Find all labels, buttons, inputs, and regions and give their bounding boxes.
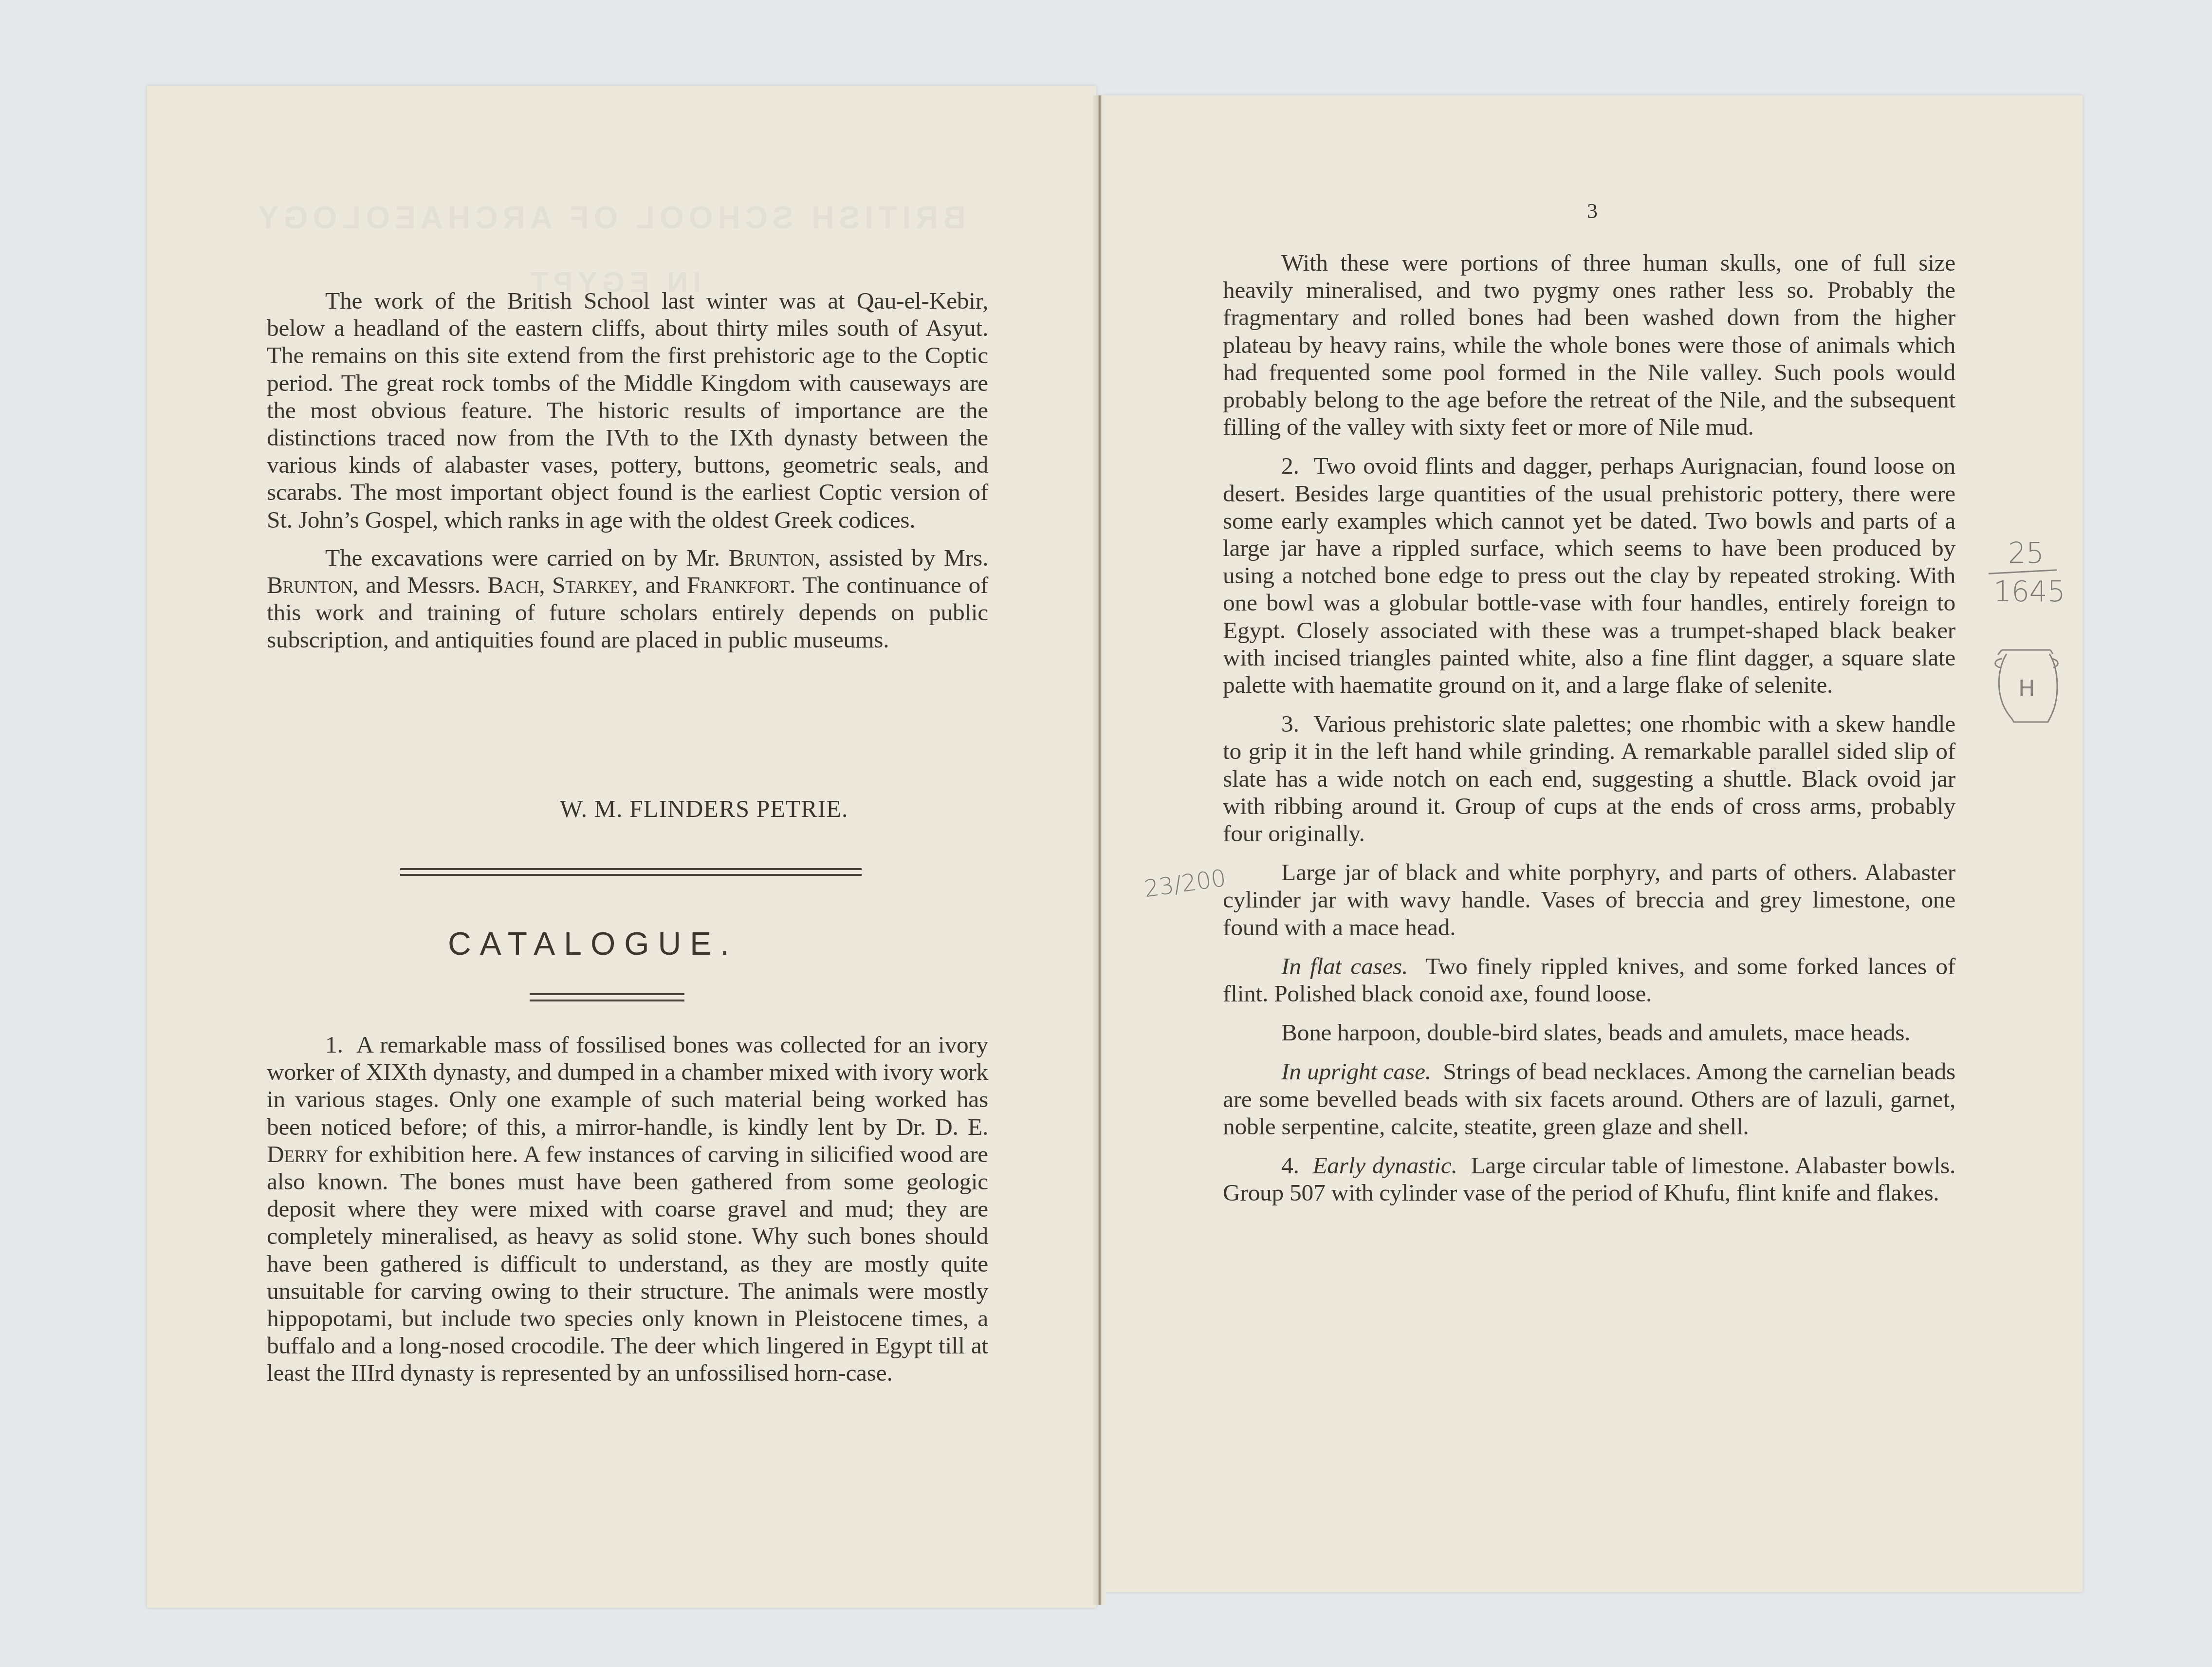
text: Various prehistoric slate palettes; one … [1223,710,1955,847]
text: , and Messrs. [352,572,487,598]
section-label: In flat cases. [1281,953,1408,980]
paragraph-harpoon: Bone harpoon, double-bird slates, beads … [1223,1019,1955,1046]
section-label: Early dynastic. [1312,1152,1457,1179]
text: A remarkable mass of fossilised bones wa… [267,1031,988,1140]
person-name: Starkey [552,572,632,598]
person-name: Brunton [267,572,352,598]
jar-label: H [2018,675,2035,702]
catalogue-paragraph: 1. A remarkable mass of fossilised bones… [267,1031,988,1387]
jar-sketch-icon: H [1987,645,2065,728]
text: , and [632,572,687,598]
person-name: Derry [267,1141,328,1167]
text: , [539,572,552,598]
person-name: Brunton [729,544,814,571]
person-name: Bach [488,572,539,598]
catalogue-item-4: 4. Early dynastic. Large circular table … [1223,1152,1955,1206]
catalogue-heading: CATALOGUE. [448,925,789,962]
paragraph-skulls: With these were portions of three human … [1223,249,1955,441]
paragraph-flat-cases: In flat cases. Two finely rippled knives… [1223,953,1955,1007]
text: , assisted by Mrs. [814,544,988,571]
rule-line [400,868,862,870]
annotation-denominator: 1645 [1993,576,2065,607]
paragraph-upright-case: In upright case. Strings of bead necklac… [1223,1058,1955,1140]
catalogue-continued: With these were portions of three human … [1223,249,1955,1219]
signature: W. M. FLINDERS PETRIE. [560,795,848,823]
annotation-numerator: 25 [1993,538,2065,568]
introduction: The work of the British School last wint… [267,287,988,654]
text: for exhibition here. A few instances of … [267,1141,988,1387]
catalogue-item-2: 2. Two ovoid flints and dagger, perhaps … [1223,452,1955,699]
item-number: 4. [1281,1152,1299,1179]
rule-line [530,1000,684,1001]
rule-line [400,874,862,876]
catalogue-item-1: 1. A remarkable mass of fossilised bones… [267,1031,988,1387]
book-gutter [1093,95,1106,1605]
paragraph-porphyry: Large jar of black and white porphyry, a… [1223,859,1955,941]
section-label: In upright case. [1281,1058,1431,1085]
excavators-paragraph: The excavations were carried on by Mr. B… [267,544,988,654]
item-number: 2. [1281,452,1299,479]
rule-line [530,993,684,995]
text: Two ovoid flints and dagger, perhaps Aur… [1223,452,1955,698]
pencil-annotation-fraction: 25 1645 [1993,538,2065,607]
item-number: 1. [325,1031,343,1058]
double-rule-divider [400,868,862,880]
person-name: Frankfort [687,572,790,598]
double-rule-divider-short [530,993,684,1006]
item-number: 3. [1281,710,1299,737]
catalogue-item-3: 3. Various prehistoric slate palettes; o… [1223,710,1955,847]
intro-paragraph: The work of the British School last wint… [267,287,988,534]
fraction-line [1989,569,2057,574]
page-number: 3 [1587,199,1598,223]
text: The excavations were carried on by Mr. [325,544,729,571]
